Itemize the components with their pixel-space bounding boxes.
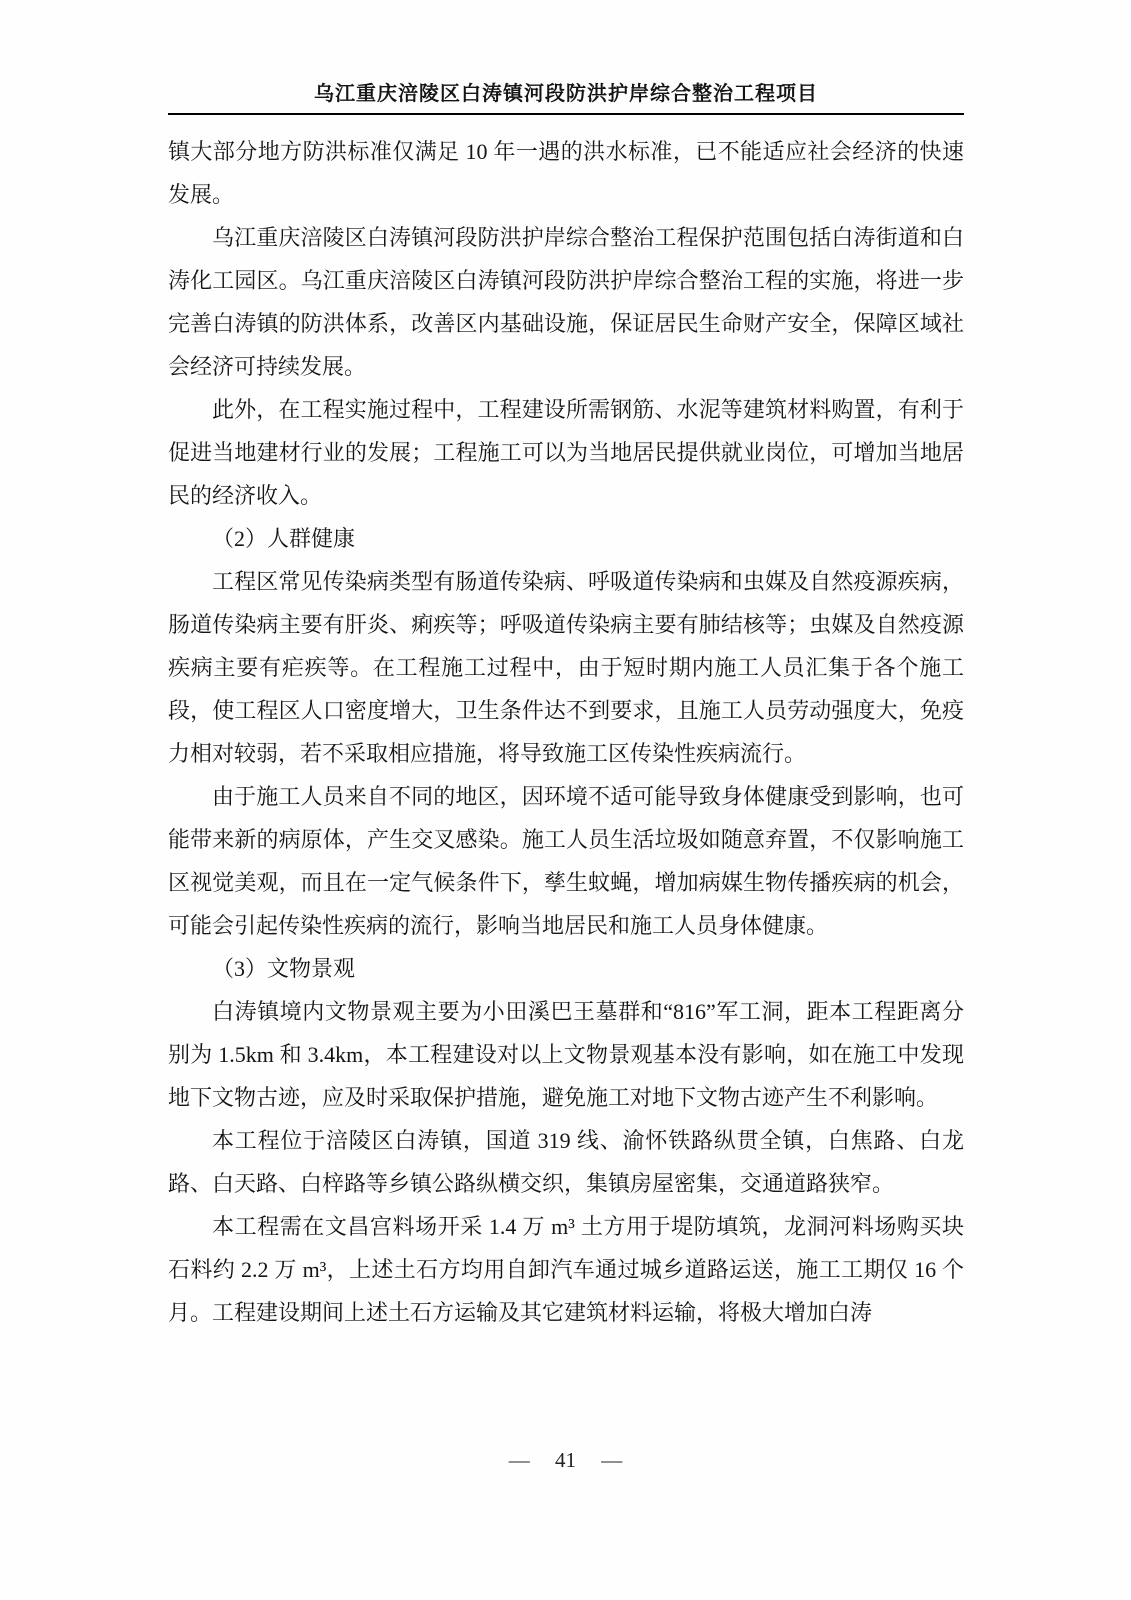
- paragraph-cross-infection: 由于施工人员来自不同的地区，因环境不适可能导致身体健康受到影响，也可能带来新的病…: [168, 775, 964, 947]
- section-heading-cultural-relics: （3）文物景观: [168, 947, 964, 990]
- footer-left-dash: —: [509, 1448, 530, 1473]
- header-rule: [168, 113, 964, 115]
- paragraph-continuation: 镇大部分地方防洪标准仅满足 10 年一遇的洪水标准，已不能适应社会经济的快速发展…: [168, 130, 964, 216]
- footer-right-dash: —: [601, 1448, 622, 1473]
- paragraph-cultural-relics-detail: 白涛镇境内文物景观主要为小田溪巴王墓群和“816”军工洞，距本工程距离分别为 1…: [168, 990, 964, 1119]
- paragraph-protection-scope: 乌江重庆涪陵区白涛镇河段防洪护岸综合整治工程保护范围包括白涛街道和白涛化工园区。…: [168, 216, 964, 388]
- paragraph-location-traffic: 本工程位于涪陵区白涛镇，国道 319 线、渝怀铁路纵贯全镇，白焦路、白龙路、白天…: [168, 1119, 964, 1205]
- document-body: 镇大部分地方防洪标准仅满足 10 年一遇的洪水标准，已不能适应社会经济的快速发展…: [168, 130, 964, 1334]
- paragraph-material-transport: 本工程需在文昌宫料场开采 1.4 万 m³ 土方用于堤防填筑，龙洞河料场购买块石…: [168, 1205, 964, 1334]
- content-column: 乌江重庆涪陵区白涛镇河段防洪护岸综合整治工程项目 镇大部分地方防洪标准仅满足 1…: [168, 0, 964, 1334]
- document-page: 乌江重庆涪陵区白涛镇河段防洪护岸综合整治工程项目 镇大部分地方防洪标准仅满足 1…: [0, 0, 1131, 1600]
- page-number: 41: [555, 1448, 576, 1473]
- header-title: 乌江重庆涪陵区白涛镇河段防洪护岸综合整治工程项目: [168, 82, 964, 106]
- section-heading-crowd-health: （2）人群健康: [168, 517, 964, 560]
- paragraph-infectious-diseases: 工程区常见传染病类型有肠道传染病、呼吸道传染病和虫媒及自然疫源疾病，肠道传染病主…: [168, 560, 964, 775]
- paragraph-economic-benefit: 此外，在工程实施过程中，工程建设所需钢筋、水泥等建筑材料购置，有利于促进当地建材…: [168, 388, 964, 517]
- document-header: 乌江重庆涪陵区白涛镇河段防洪护岸综合整治工程项目: [168, 0, 964, 115]
- page-footer: — 41 —: [0, 1448, 1131, 1473]
